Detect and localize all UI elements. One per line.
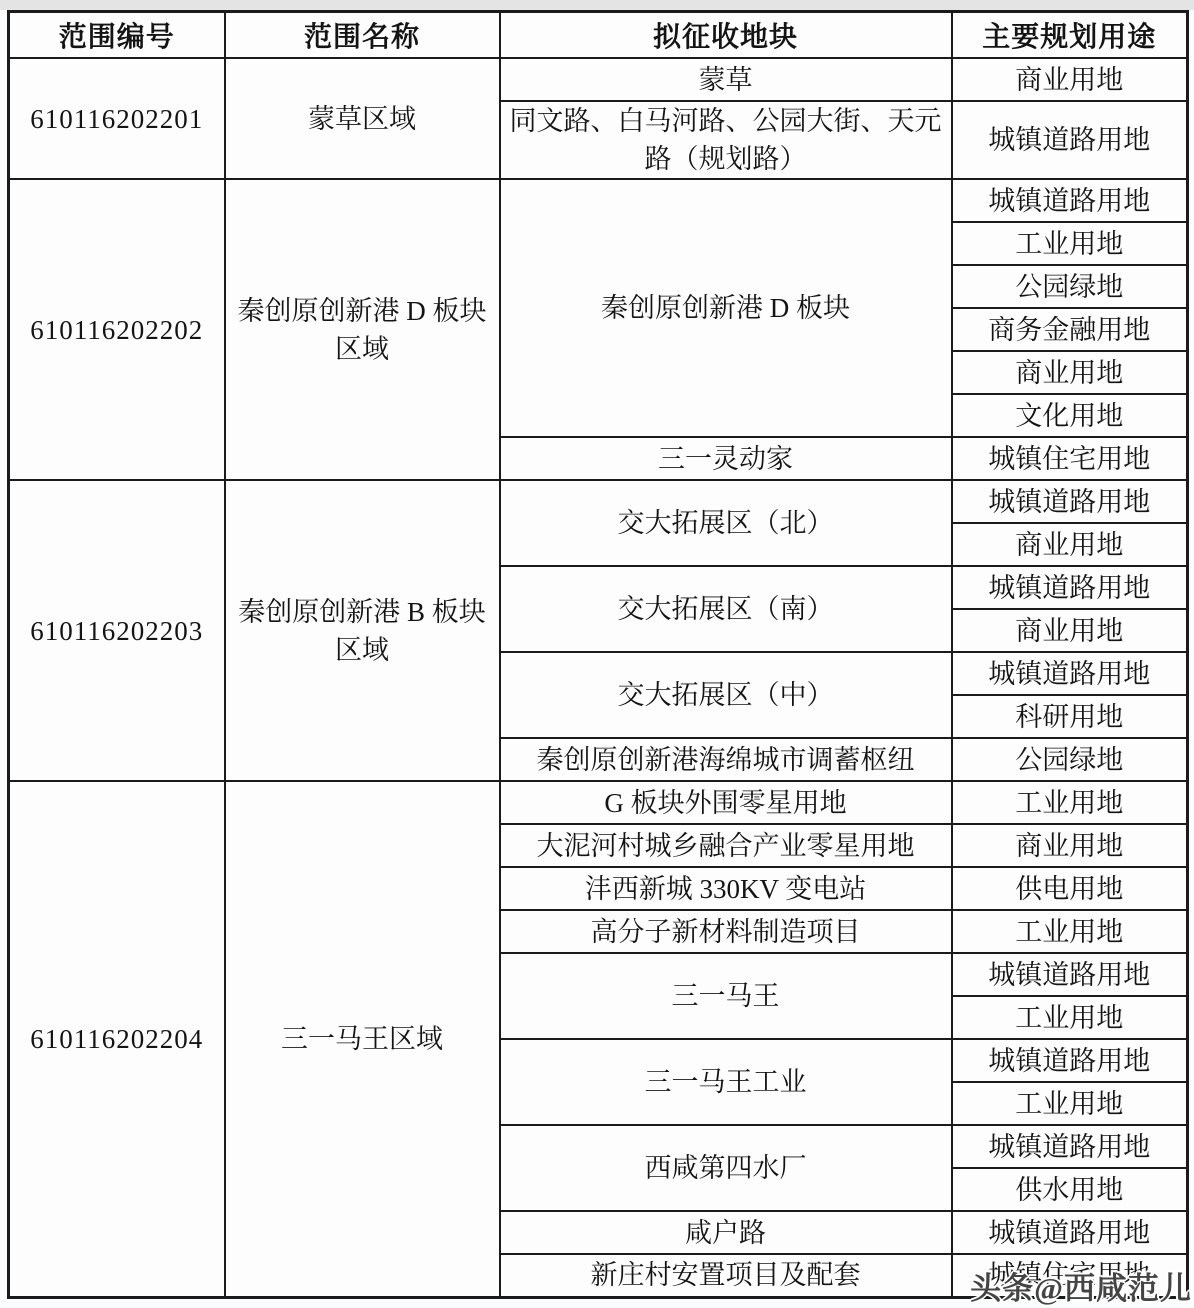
planned-use-cell: 公园绿地	[952, 265, 1188, 308]
table-row: 610116202203秦创原创新港 B 板块区域交大拓展区（北）城镇道路用地	[9, 480, 1188, 523]
plot-cell: 秦创原创新港海绵城市调蓄枢纽	[500, 738, 952, 781]
planned-use-cell: 工业用地	[952, 222, 1188, 265]
planned-use-cell: 工业用地	[952, 910, 1188, 953]
range-name-cell: 蒙草区域	[225, 58, 500, 179]
planned-use-cell: 城镇道路用地	[952, 953, 1188, 996]
planned-use-cell: 城镇道路用地	[952, 1211, 1188, 1254]
plot-cell: 三一灵动家	[500, 437, 952, 480]
plot-cell: 西咸第四水厂	[500, 1125, 952, 1211]
plot-cell: 高分子新材料制造项目	[500, 910, 952, 953]
plot-cell: 交大拓展区（北）	[500, 480, 952, 566]
plot-cell: 新庄村安置项目及配套	[500, 1254, 952, 1297]
range-name-cell: 秦创原创新港 D 板块区域	[225, 179, 500, 480]
table-row: 610116202204三一马王区域G 板块外围零星用地工业用地	[9, 781, 1188, 824]
planned-use-cell: 科研用地	[952, 695, 1188, 738]
planned-use-cell: 工业用地	[952, 1082, 1188, 1125]
table-row: 610116202201蒙草区域蒙草商业用地	[9, 58, 1188, 101]
planned-use-cell: 城镇道路用地	[952, 1125, 1188, 1168]
plot-cell: 同文路、白马河路、公园大街、天元路（规划路）	[500, 101, 952, 179]
planned-use-cell: 城镇道路用地	[952, 101, 1188, 179]
range-code-cell: 610116202201	[9, 58, 225, 179]
plot-cell: 交大拓展区（中）	[500, 652, 952, 738]
range-name-cell: 三一马王区域	[225, 781, 500, 1297]
planned-use-cell: 商业用地	[952, 609, 1188, 652]
planned-use-cell: 城镇道路用地	[952, 480, 1188, 523]
table-body: 610116202201蒙草区域蒙草商业用地同文路、白马河路、公园大街、天元路（…	[9, 58, 1188, 1297]
header-cell: 主要规划用途	[952, 12, 1188, 59]
plot-cell: 交大拓展区（南）	[500, 566, 952, 652]
planned-use-cell: 城镇道路用地	[952, 566, 1188, 609]
planned-use-cell: 城镇道路用地	[952, 179, 1188, 222]
planned-use-cell: 商务金融用地	[952, 308, 1188, 351]
table-header: 范围编号范围名称拟征收地块主要规划用途	[9, 12, 1188, 59]
range-code-cell: 610116202204	[9, 781, 225, 1297]
planned-use-cell: 城镇道路用地	[952, 1039, 1188, 1082]
planned-use-cell: 工业用地	[952, 996, 1188, 1039]
range-name-cell: 秦创原创新港 B 板块区域	[225, 480, 500, 781]
page-top-strip	[0, 0, 1194, 10]
header-cell: 范围名称	[225, 12, 500, 59]
plot-cell: 三一马王	[500, 953, 952, 1039]
planned-use-cell: 供水用地	[952, 1168, 1188, 1211]
planned-use-cell: 商业用地	[952, 523, 1188, 566]
header-cell: 拟征收地块	[500, 12, 952, 59]
planned-use-cell: 公园绿地	[952, 738, 1188, 781]
plot-cell: 大泥河村城乡融合产业零星用地	[500, 824, 952, 867]
table-row: 610116202202秦创原创新港 D 板块区域秦创原创新港 D 板块城镇道路…	[9, 179, 1188, 222]
plot-cell: 三一马王工业	[500, 1039, 952, 1125]
land-acquisition-table-wrap: 范围编号范围名称拟征收地块主要规划用途 610116202201蒙草区域蒙草商业…	[7, 10, 1186, 1299]
plot-cell: 沣西新城 330KV 变电站	[500, 867, 952, 910]
plot-cell: G 板块外围零星用地	[500, 781, 952, 824]
planned-use-cell: 城镇道路用地	[952, 652, 1188, 695]
plot-cell: 咸户路	[500, 1211, 952, 1254]
range-code-cell: 610116202203	[9, 480, 225, 781]
plot-cell: 秦创原创新港 D 板块	[500, 179, 952, 437]
planned-use-cell: 商业用地	[952, 58, 1188, 101]
watermark: 头条@西咸范儿	[970, 1263, 1192, 1308]
header-cell: 范围编号	[9, 12, 225, 59]
planned-use-cell: 供电用地	[952, 867, 1188, 910]
planned-use-cell: 城镇住宅用地	[952, 437, 1188, 480]
planned-use-cell: 文化用地	[952, 394, 1188, 437]
planned-use-cell: 工业用地	[952, 781, 1188, 824]
planned-use-cell: 商业用地	[952, 351, 1188, 394]
range-code-cell: 610116202202	[9, 179, 225, 480]
plot-cell: 蒙草	[500, 58, 952, 101]
land-acquisition-table: 范围编号范围名称拟征收地块主要规划用途 610116202201蒙草区域蒙草商业…	[7, 10, 1189, 1299]
header-row: 范围编号范围名称拟征收地块主要规划用途	[9, 12, 1188, 59]
planned-use-cell: 商业用地	[952, 824, 1188, 867]
